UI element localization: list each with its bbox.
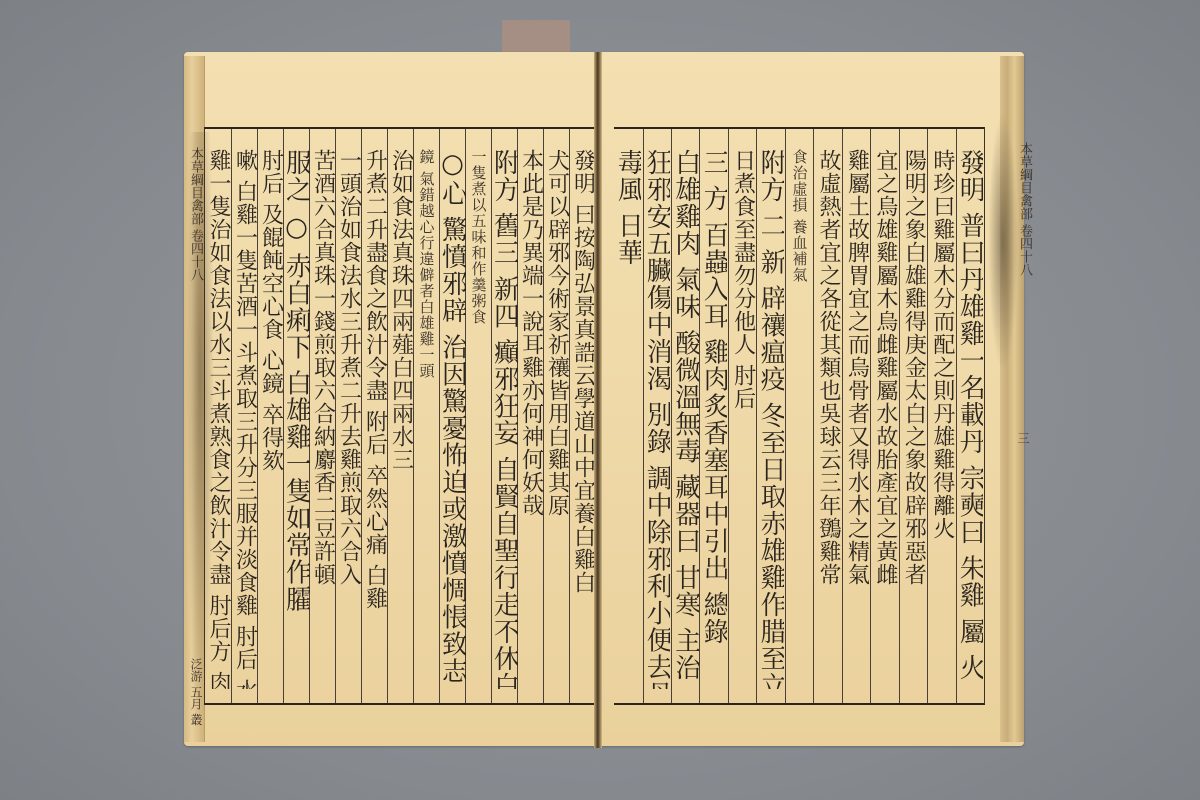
left-margin-title: 本草綱目禽部 卷四十八 (186, 147, 205, 281)
text-column: 陽明之象白雄雞得庚金太白之象故辟邪惡者 (899, 129, 927, 703)
left-folio: 泛游 五月 叢 (188, 658, 205, 726)
text-column: 食治虛損 養血補氣 (785, 129, 813, 703)
text-column: 時珍曰雞屬木分而配之則丹雄雞得離火 (927, 129, 955, 703)
text-column: 日煮食至盡勿分他人 肘后 (728, 129, 756, 703)
text-column: 三 方 百蟲入耳 雞肉炙香塞耳中引出 總錄 (699, 129, 727, 703)
column-text: 肘后 及餛飩空心食 心鏡 卒得欬 (258, 149, 284, 472)
column-text: 故虛熱者宜之各從其類也吳球云三年䳾雞常 (815, 149, 841, 586)
column-text: 本此是乃異端一說耳雞亦何神何妖哉 (518, 149, 544, 517)
column-text: 治如食法真珠四兩薤白四兩水三 (388, 149, 414, 471)
text-column: 雞屬土故脾胃宜之而烏骨者又得水木之精氣 (842, 129, 870, 703)
text-column: 白雄雞肉 氣味 酸微溫無毒 藏器曰 甘寒 主治 下氣療 (671, 129, 699, 703)
right-margin-title: 本草綱目禽部 卷四十八 (1015, 142, 1034, 276)
column-text: 附方 二 新 辟禳瘟疫 冬至日取赤雄雞作腊至立春 (758, 149, 784, 689)
text-column: 附方 舊三 新四 癲邪狂妄 自賢自聖行走不休白雄雞 (491, 129, 517, 703)
text-column: 附方 二 新 辟禳瘟疫 冬至日取赤雄雞作腊至立春 (756, 129, 784, 703)
left-page: 本草綱目禽部 卷四十八 泛游 五月 叢 發明 曰按陶弘景真誥云學道山中宜養白雞白… (184, 52, 596, 746)
right-text-frame: 發明 普曰丹雄雞一名載丹 宗奭曰 朱雞 屬 火時珍曰雞屬木分而配之則丹雄雞得離火… (614, 127, 985, 705)
text-column: 升煮二升盡食之飲汁令盡 附后 卒然心痛 白雞 (361, 129, 387, 703)
column-text: 狂邪安五臟傷中消渴 別錄 調中除邪利小便去丹 (644, 149, 670, 689)
column-text: 日煮食至盡勿分他人 肘后 (730, 149, 756, 410)
text-column: 犬可以辟邪今術家祈禳皆用白雞其原 (543, 129, 569, 703)
text-column: 本此是乃異端一說耳雞亦何神何妖哉 (517, 129, 543, 703)
column-text: 一隻煮以五味和作羹粥食 (472, 149, 486, 325)
column-text: 毒風 日華 (615, 149, 641, 266)
column-text: 陽明之象白雄雞得庚金太白之象故辟邪惡者 (900, 149, 926, 586)
text-column: 毒風 日華 (614, 129, 642, 703)
column-text: 犬可以辟邪今術家祈禳皆用白雞其原 (544, 149, 570, 517)
column-text: 雞屬土故脾胃宜之而烏骨者又得水木之精氣 (843, 149, 869, 586)
text-column: 一頭治如食法水三升煮二升去雞煎取六合入 (335, 129, 361, 703)
text-column: 雞一隻治如食法以水三斗煮熟食之飲汁令盡 肘后方 肉癥怪病 凡口鼻出腥臭 (205, 129, 231, 703)
text-column: 嗽 白雞一隻苦酒一斗煮取三升分三服并淡食雞 肘后 水氣浮腫 小豆一升白雄 (231, 129, 257, 703)
column-text: 苦酒六合真珠一錢煎取六合納麝香二豆許頓 (310, 149, 336, 586)
column-text: 雞一隻治如食法以水三斗煮熟食之飲汁令盡 肘后方 肉癥怪病 凡口鼻出腥臭 (205, 149, 231, 689)
column-text: 宜之烏雄雞屬木烏雌雞屬水故胎產宜之黃雌 (872, 149, 898, 586)
open-book-spread: 本草綱目禽部 卷四十八 泛游 五月 叢 發明 曰按陶弘景真誥云學道山中宜養白雞白… (184, 52, 1024, 748)
left-text-frame: 發明 曰按陶弘景真誥云學道山中宜養白雞白犬可以辟邪今術家祈禳皆用白雞其原本此是乃… (204, 127, 595, 705)
left-columns: 發明 曰按陶弘景真誥云學道山中宜養白雞白犬可以辟邪今術家祈禳皆用白雞其原本此是乃… (205, 129, 595, 703)
text-column: 宜之烏雄雞屬木烏雌雞屬水故胎產宜之黃雌 (870, 129, 898, 703)
text-column: 一隻煮以五味和作羹粥食 (465, 129, 491, 703)
column-text: 附方 舊三 新四 癲邪狂妄 自賢自聖行走不休白雄雞 (492, 149, 518, 689)
text-column: 治如食法真珠四兩薤白四兩水三 (387, 129, 413, 703)
column-text: 三 方 百蟲入耳 雞肉炙香塞耳中引出 總錄 (701, 149, 727, 645)
column-text: 發明 曰按陶弘景真誥云學道山中宜養白雞白 (570, 149, 596, 594)
column-text: ○心 驚憤邪辟 治因驚憂怖迫或激憤惆悵致志 (440, 149, 466, 685)
book-gutter (594, 52, 602, 748)
text-column: 狂邪安五臟傷中消渴 別錄 調中除邪利小便去丹 (643, 129, 671, 703)
column-text: 白雄雞肉 氣味 酸微溫無毒 藏器曰 甘寒 主治 下氣療 (673, 149, 699, 689)
text-column: 發明 普曰丹雄雞一名載丹 宗奭曰 朱雞 屬 火 (956, 129, 984, 703)
ink-smudge (988, 112, 1018, 372)
column-text: 鏡 氣錯越心行違僻者白雄雞一頭 (420, 149, 434, 379)
text-column: 苦酒六合真珠一錢煎取六合納麝香二豆許頓 (309, 129, 335, 703)
column-text: 發明 普曰丹雄雞一名載丹 宗奭曰 朱雞 屬 火 (957, 149, 983, 681)
text-column: ○心 驚憤邪辟 治因驚憂怖迫或激憤惆悵致志 (439, 129, 465, 703)
text-column: 故虛熱者宜之各從其類也吳球云三年䳾雞常 (813, 129, 841, 703)
column-text: 升煮二升盡食之飲汁令盡 附后 卒然心痛 白雞 (362, 149, 388, 610)
right-columns: 發明 普曰丹雄雞一名載丹 宗奭曰 朱雞 屬 火時珍曰雞屬木分而配之則丹雄雞得離火… (614, 129, 984, 703)
right-folio: 三 (1015, 432, 1032, 444)
column-text: 一頭治如食法水三升煮二升去雞煎取六合入 (336, 149, 362, 586)
text-column: 發明 曰按陶弘景真誥云學道山中宜養白雞白 (569, 129, 595, 703)
text-column: 肘后 及餛飩空心食 心鏡 卒得欬 (257, 129, 283, 703)
column-text: 服之 ○ 赤白痢下 白雄雞一隻如常作臛 (284, 149, 310, 613)
column-text: 食治虛損 養血補氣 (793, 149, 807, 283)
column-text: 時珍曰雞屬木分而配之則丹雄雞得離火 (929, 149, 955, 540)
text-column: 鏡 氣錯越心行違僻者白雄雞一頭 (413, 129, 439, 703)
text-column: 服之 ○ 赤白痢下 白雄雞一隻如常作臛 (283, 129, 309, 703)
column-text: 嗽 白雞一隻苦酒一斗煮取三升分三服并淡食雞 肘后 水氣浮腫 小豆一升白雄 (232, 149, 258, 689)
